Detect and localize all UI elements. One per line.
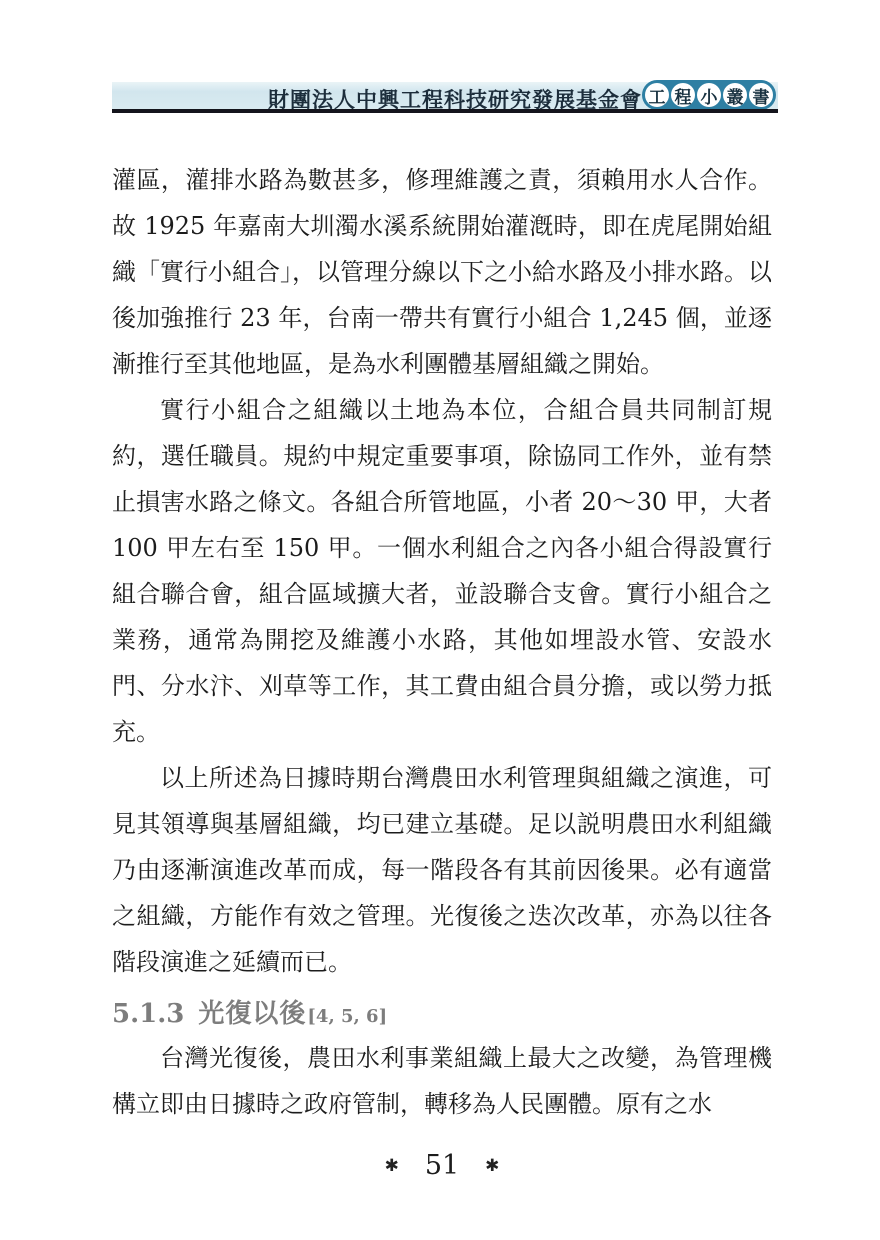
section-citation: [4, 5, 6] bbox=[307, 1006, 387, 1027]
badge-char-circle: 書 bbox=[749, 83, 773, 107]
section-title: 光復以後 bbox=[198, 999, 306, 1029]
paragraph-2: 實行小組合之組織以土地為本位，合組合員共同制訂規約，選任職員。規約中規定重要事項… bbox=[112, 387, 772, 755]
paragraph-3: 以上所述為日據時期台灣農田水利管理與組織之演進，可見其領導與基層組織，均已建立基… bbox=[112, 755, 772, 985]
page-number: 51 bbox=[425, 1150, 459, 1181]
header-band: 財團法人中興工程科技研究發展基金會 工 程 小 叢 書 bbox=[112, 82, 778, 109]
document-page: 財團法人中興工程科技研究發展基金會 工 程 小 叢 書 灌區，灌排水路為數甚多，… bbox=[0, 0, 880, 1240]
badge-char-circle: 程 bbox=[671, 83, 695, 107]
star-ornament-right: ✱ bbox=[485, 1156, 499, 1176]
header-rule bbox=[112, 109, 778, 113]
series-badge: 工 程 小 叢 書 bbox=[642, 80, 776, 110]
paragraph-1: 灌區，灌排水路為數甚多，修理維護之責，須賴用水人合作。故 1925 年嘉南大圳濁… bbox=[112, 157, 772, 387]
badge-char-circle: 小 bbox=[697, 83, 721, 107]
star-ornament-left: ✱ bbox=[385, 1156, 399, 1176]
badge-char-circle: 叢 bbox=[723, 83, 747, 107]
section-number: 5.1.3 bbox=[112, 999, 184, 1029]
page-footer: ✱51✱ bbox=[112, 1150, 772, 1181]
page-body: 灌區，灌排水路為數甚多，修理維護之責，須賴用水人合作。故 1925 年嘉南大圳濁… bbox=[112, 157, 772, 1127]
section-heading: 5.1.3光復以後[4, 5, 6] bbox=[112, 993, 772, 1033]
badge-char-circle: 工 bbox=[645, 83, 669, 107]
paragraph-4: 台灣光復後，農田水利事業組織上最大之改變，為管理機構立即由日據時之政府管制，轉移… bbox=[112, 1035, 772, 1127]
